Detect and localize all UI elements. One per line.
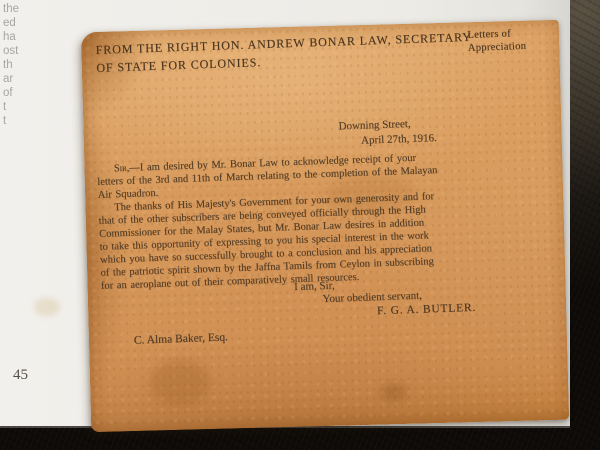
letter-heading-line1: FROM THE RIGHT HON. ANDREW BONAR LAW, SE… — [95, 30, 472, 58]
margin-text-fragment: ost — [3, 44, 19, 58]
closing-line2: Your obedient servant, — [322, 290, 422, 305]
addressee: C. Alma Baker, Esq. — [134, 331, 228, 346]
margin-text-fragment: the — [3, 2, 19, 16]
letter-date-place: Downing Street, — [338, 118, 410, 133]
margin-text-fragment: ha — [3, 30, 19, 44]
margin-text-fragment: ed — [3, 16, 19, 30]
margin-text-fragment: th — [3, 58, 19, 72]
signature: F. G. A. BUTLER. — [377, 302, 476, 317]
margin-text-fragment: t — [3, 114, 19, 128]
margin-text-fragment: of — [3, 86, 19, 100]
page-number: 45 — [13, 367, 28, 384]
letter-document: FROM THE RIGHT HON. ANDREW BONAR LAW, SE… — [81, 20, 569, 432]
facing-page-text-fragments: the ed ha ost th ar of t t — [3, 2, 19, 128]
margin-text-fragment: t — [3, 100, 19, 114]
photo-of-letter-in-book: the ed ha ost th ar of t t 45 FROM THE R… — [0, 0, 600, 450]
letter-content: FROM THE RIGHT HON. ANDREW BONAR LAW, SE… — [79, 18, 571, 434]
page-stain — [34, 298, 60, 316]
salutation: Sir, — [114, 163, 130, 175]
letter-heading-line2: OF STATE FOR COLONIES. — [96, 55, 261, 76]
corner-note-line2: Appreciation — [468, 40, 527, 55]
body-line: Air Squadron. — [98, 188, 159, 201]
closing-line1: I am, Sir, — [294, 280, 335, 293]
letter-date: April 27th, 1916. — [361, 132, 437, 147]
margin-text-fragment: ar — [3, 72, 19, 86]
corner-note: Letters of Appreciation — [467, 27, 526, 55]
